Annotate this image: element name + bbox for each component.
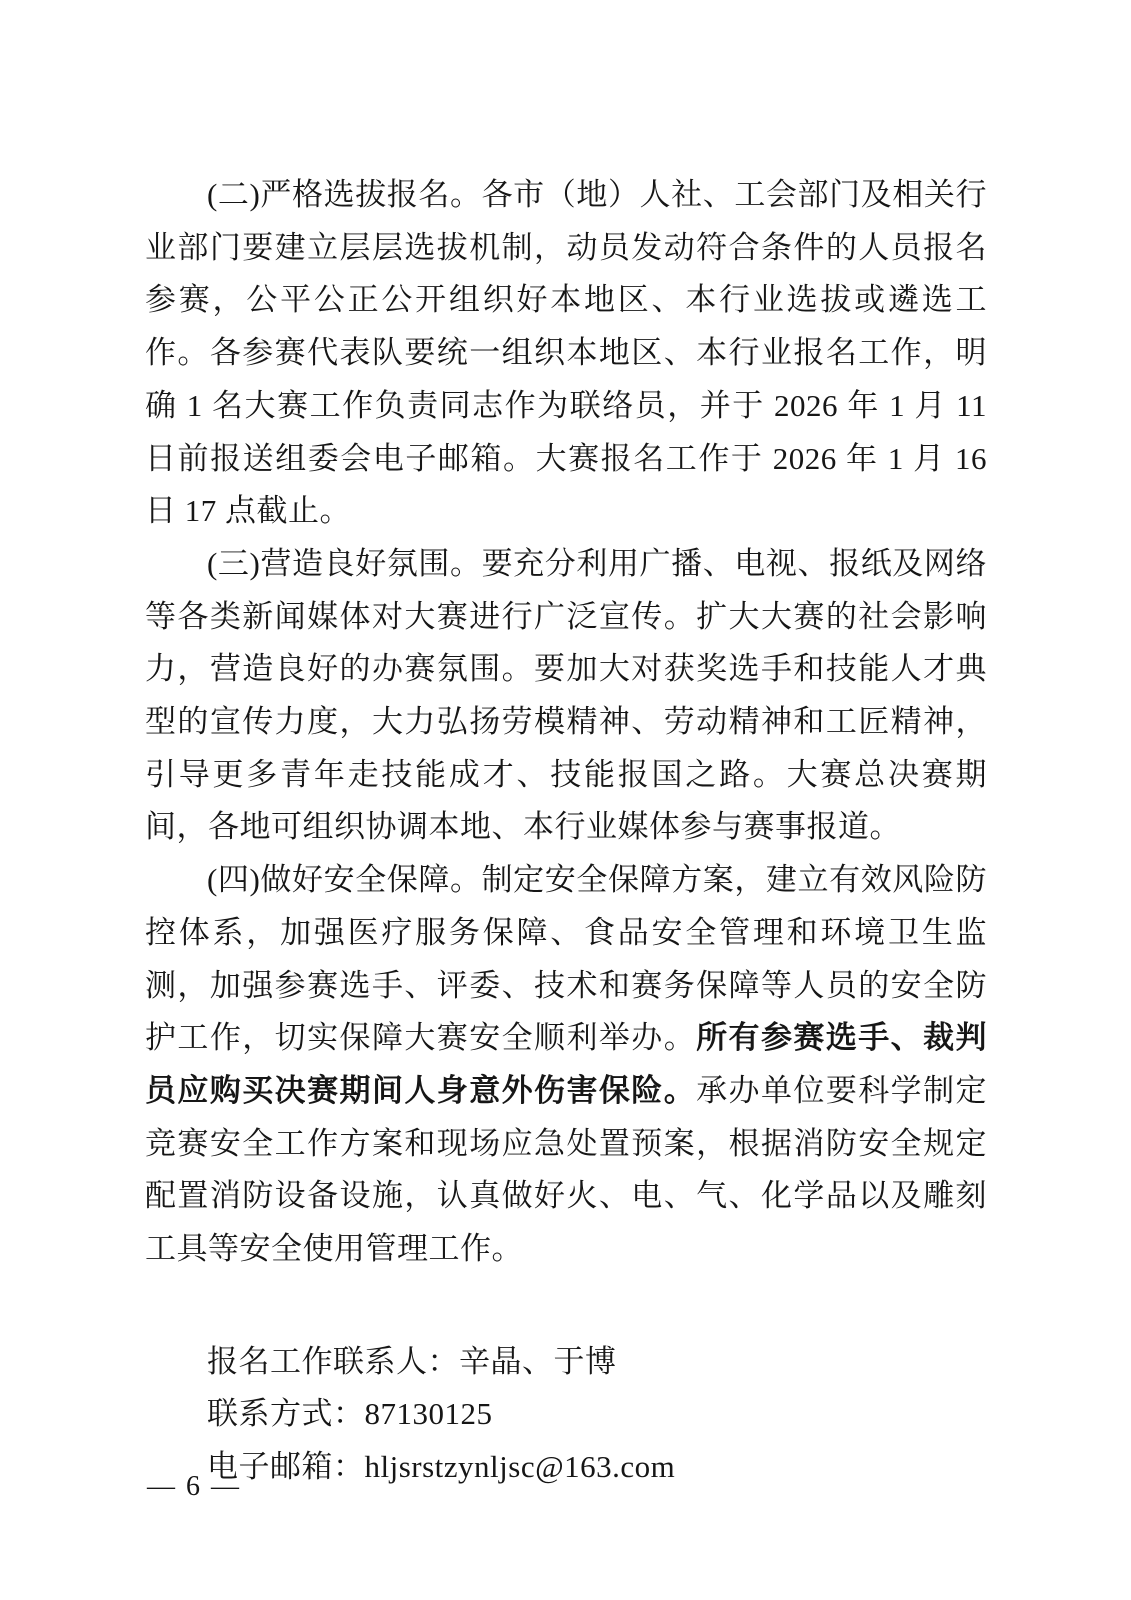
paragraph-section-4: (四)做好安全保障。制定安全保障方案，建立有效风险防控体系，加强医疗服务保障、食… — [145, 854, 987, 1276]
contact-block: 报名工作联系人：辛晶、于博联系方式：87130125电子邮箱：hljsrstzy… — [145, 1336, 987, 1494]
contact-phone: 联系方式：87130125 — [207, 1388, 987, 1441]
contact-person: 报名工作联系人：辛晶、于博 — [207, 1336, 987, 1389]
text-segment: (三)营造良好氛围。要充分利用广播、电视、报纸及网络等各类新闻媒体对大赛进行广泛… — [145, 546, 987, 845]
document-page: (二)严格选拔报名。各市（地）人社、工会部门及相关行业部门要建立层层选拔机制，动… — [0, 0, 1131, 1600]
contact-email: 电子邮箱：hljsrstzynljsc@163.com — [207, 1441, 987, 1494]
paragraphs-container: (二)严格选拔报名。各市（地）人社、工会部门及相关行业部门要建立层层选拔机制，动… — [145, 169, 987, 1276]
page-number: — 6 — — [147, 1473, 241, 1501]
paragraph-section-2: (二)严格选拔报名。各市（地）人社、工会部门及相关行业部门要建立层层选拔机制，动… — [145, 169, 987, 538]
paragraph-section-3: (三)营造良好氛围。要充分利用广播、电视、报纸及网络等各类新闻媒体对大赛进行广泛… — [145, 538, 987, 854]
document-body: (二)严格选拔报名。各市（地）人社、工会部门及相关行业部门要建立层层选拔机制，动… — [145, 169, 987, 1494]
text-segment: (二)严格选拔报名。各市（地）人社、工会部门及相关行业部门要建立层层选拔机制，动… — [145, 177, 987, 528]
